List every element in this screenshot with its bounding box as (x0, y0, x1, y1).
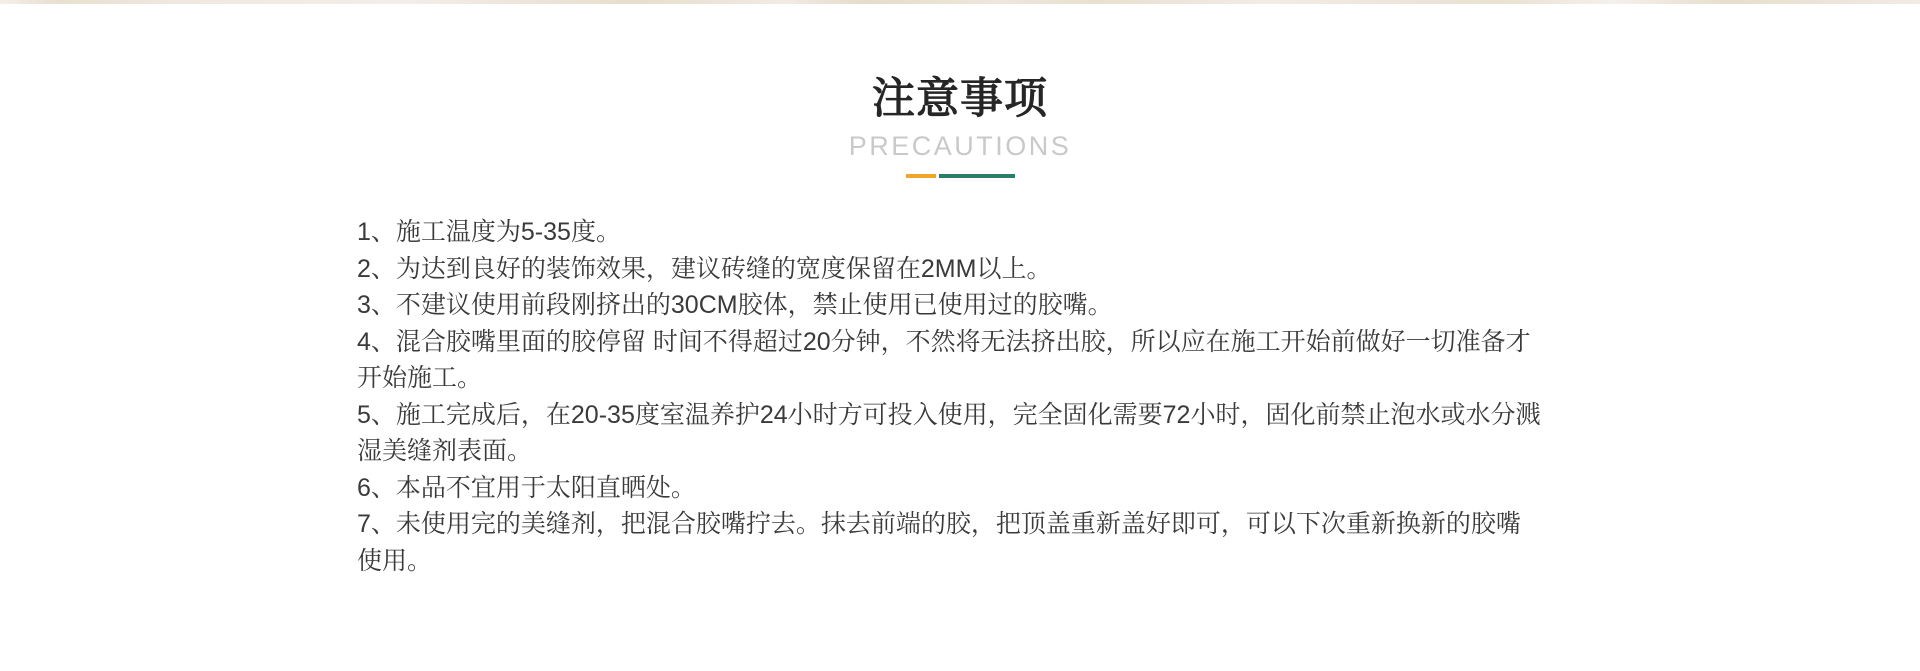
top-edge-strip (0, 0, 1920, 4)
precaution-line: 7、未使用完的美缝剂，把混合胶嘴拧去。抹去前端的胶，把顶盖重新盖好即可，可以下次… (357, 506, 1597, 543)
section-header: 注意事项 PRECAUTIONS (0, 74, 1920, 178)
precaution-item: 6、本品不宜用于太阳直晒处。 (357, 470, 1597, 507)
title-divider (0, 174, 1920, 178)
precaution-line: 4、混合胶嘴里面的胶停留 时间不得超过20分钟，不然将无法挤出胶，所以应在施工开… (357, 324, 1597, 361)
divider-orange-segment (906, 174, 936, 178)
precaution-line: 开始施工。 (357, 360, 1597, 397)
precaution-line: 5、施工完成后，在20-35度室温养护24小时方可投入使用，完全固化需要72小时… (357, 397, 1597, 434)
precaution-line: 2、为达到良好的装饰效果，建议砖缝的宽度保留在2MM以上。 (357, 251, 1597, 288)
precautions-list: 1、施工温度为5-35度。 2、为达到良好的装饰效果，建议砖缝的宽度保留在2MM… (357, 214, 1597, 579)
precaution-item: 1、施工温度为5-35度。 (357, 214, 1597, 251)
precaution-line: 使用。 (357, 543, 1597, 580)
precaution-item: 3、不建议使用前段刚挤出的30CM胶体，禁止使用已使用过的胶嘴。 (357, 287, 1597, 324)
precaution-line: 3、不建议使用前段刚挤出的30CM胶体，禁止使用已使用过的胶嘴。 (357, 287, 1597, 324)
precaution-item: 4、混合胶嘴里面的胶停留 时间不得超过20分钟，不然将无法挤出胶，所以应在施工开… (357, 324, 1597, 397)
precaution-line: 1、施工温度为5-35度。 (357, 214, 1597, 251)
precaution-item: 5、施工完成后，在20-35度室温养护24小时方可投入使用，完全固化需要72小时… (357, 397, 1597, 470)
divider-green-segment (939, 174, 1015, 178)
precaution-line: 湿美缝剂表面。 (357, 433, 1597, 470)
precaution-item: 2、为达到良好的装饰效果，建议砖缝的宽度保留在2MM以上。 (357, 251, 1597, 288)
precautions-section: 注意事项 PRECAUTIONS 1、施工温度为5-35度。 2、为达到良好的装… (0, 0, 1920, 671)
page-subtitle: PRECAUTIONS (0, 131, 1920, 161)
precaution-line: 6、本品不宜用于太阳直晒处。 (357, 470, 1597, 507)
page-title: 注意事项 (0, 74, 1920, 124)
precaution-item: 7、未使用完的美缝剂，把混合胶嘴拧去。抹去前端的胶，把顶盖重新盖好即可，可以下次… (357, 506, 1597, 579)
